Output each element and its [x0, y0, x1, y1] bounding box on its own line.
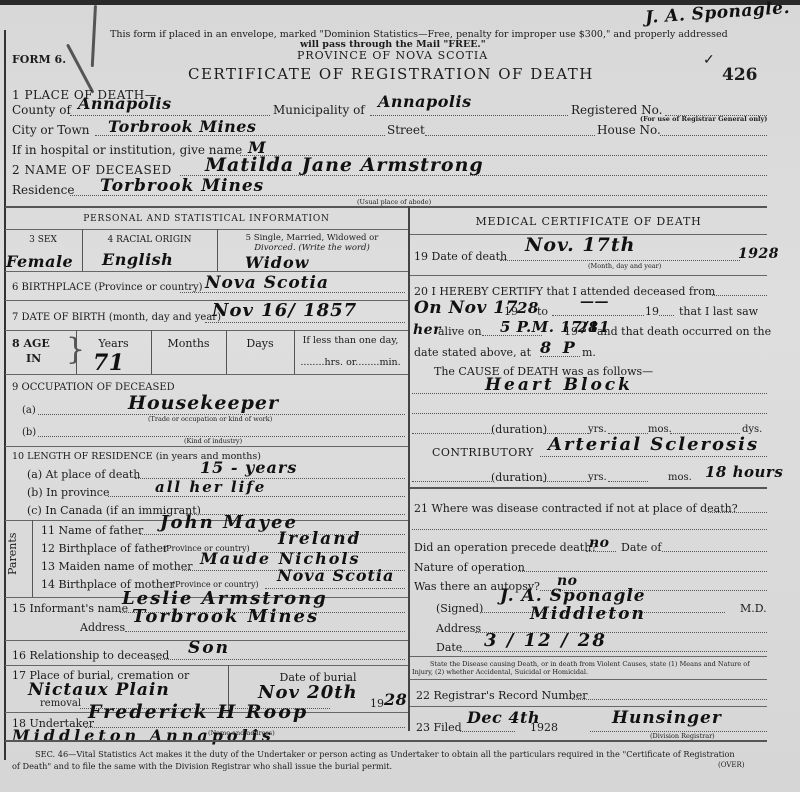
- house-no-field[interactable]: [660, 135, 767, 136]
- date-of-death-year[interactable]: 1928: [738, 246, 779, 262]
- cause-line2-field[interactable]: [412, 413, 767, 414]
- father-name-label: 11 Name of father: [41, 524, 143, 537]
- alive-on-year[interactable]: 28: [578, 320, 598, 336]
- attended-from-field[interactable]: On Nov 17: [414, 298, 518, 318]
- m-label: m.: [582, 346, 596, 359]
- alive-on-year-prefix: 19: [564, 325, 578, 338]
- date-stated-label: date stated above, at: [414, 346, 531, 359]
- signed-label: (Signed): [436, 602, 483, 615]
- pen-mark: [66, 44, 94, 94]
- contracted-label: 21 Where was disease contracted if not a…: [414, 502, 738, 515]
- relationship-label: 16 Relationship to deceased: [12, 649, 169, 662]
- physician-address-label: Address: [436, 622, 481, 635]
- attended-to-year-prefix: 19: [645, 305, 659, 318]
- footer-over: (OVER): [718, 761, 745, 769]
- instructions-line1: State the Disease causing Death, or in d…: [430, 660, 750, 668]
- undertaker-field[interactable]: Frederick H Roop: [88, 701, 308, 723]
- pen-mark: [91, 5, 97, 67]
- city-field[interactable]: Torbrook Mines: [108, 117, 256, 136]
- sex-field[interactable]: Female: [6, 252, 73, 271]
- time-of-death-field[interactable]: 8 P: [540, 338, 578, 357]
- burial-year-field[interactable]: 28: [384, 690, 407, 709]
- form-left-border: [4, 30, 6, 760]
- personal-section-title: PERSONAL AND STATISTICAL INFORMATION: [5, 214, 408, 224]
- occupation-a-label: (a): [22, 405, 36, 416]
- record-number-label: 22 Registrar's Record Number: [416, 689, 587, 702]
- name-of-deceased-label: 2 NAME OF DECEASED: [12, 163, 172, 177]
- parents-side-label: Parents: [6, 533, 19, 575]
- burial-place-field[interactable]: Nictaux Plain: [28, 680, 170, 700]
- attended-from-year-prefix: 19: [504, 305, 518, 318]
- house-no-label: House No.: [597, 123, 661, 137]
- marital-label-2: Divorced. (Write the word): [217, 243, 407, 253]
- age-days-label: Days: [226, 337, 294, 350]
- certify-label: 20 I HEREBY CERTIFY that I attended dece…: [414, 285, 715, 298]
- birthplace-label: 6 BIRTHPLACE (Province or country): [12, 282, 203, 293]
- attended-to-field[interactable]: ——: [580, 294, 609, 310]
- nature-label: Nature of operation: [414, 561, 525, 574]
- occupation-a-field[interactable]: Housekeeper: [128, 392, 279, 414]
- county-field[interactable]: Annapolis: [78, 94, 172, 113]
- res-province-label: (b) In province: [27, 486, 109, 499]
- duration2-label: (duration): [491, 471, 547, 484]
- certificate-date-field[interactable]: 3 / 12 / 28: [484, 630, 607, 651]
- marital-label-1: 5 Single, Married, Widowed or: [217, 233, 407, 243]
- filed-year[interactable]: 1928: [530, 721, 558, 734]
- deceased-name-field[interactable]: Matilda Jane Armstrong: [205, 154, 484, 176]
- county-label: County of: [12, 103, 71, 117]
- operation-label: Did an operation precede death?: [414, 541, 597, 554]
- cause-of-death-field[interactable]: Heart Block: [485, 375, 633, 395]
- contributory-field[interactable]: Arterial Sclerosis: [548, 434, 759, 455]
- municipality-label: Municipality of: [273, 103, 365, 117]
- operation-date-field[interactable]: [662, 551, 767, 552]
- instructions-line2: Injury, (2) whether Accidental, Suicidal…: [412, 668, 588, 676]
- date-of-death-note: (Month, day and year): [588, 262, 661, 270]
- dob-field[interactable]: Nov 16/ 1857: [212, 300, 357, 321]
- age-years-field[interactable]: 71: [93, 350, 125, 376]
- record-number-field[interactable]: [572, 699, 767, 700]
- res-place-label: (a) At place of death: [27, 468, 140, 481]
- physician-address-field[interactable]: Middleton: [530, 604, 646, 624]
- res-place-field[interactable]: 15 - years: [200, 458, 297, 477]
- undertaker-address-field[interactable]: Middleton Annapolis: [12, 726, 275, 745]
- certificate-number: 426: [722, 65, 758, 85]
- res-province-field[interactable]: all her life: [155, 478, 266, 496]
- informant-address-field[interactable]: Torbrook Mines: [132, 606, 319, 627]
- check-mark-icon: ✓: [703, 52, 715, 68]
- racial-origin-label: 4 RACIAL ORIGIN: [82, 235, 217, 245]
- contributory-label: CONTRIBUTORY: [432, 446, 534, 459]
- age-less-label: If less than one day,: [294, 335, 407, 346]
- dob-label: 7 DATE OF BIRTH (month, day and year): [12, 312, 221, 323]
- age-months-label: Months: [151, 337, 226, 350]
- racial-origin-field[interactable]: English: [102, 250, 173, 269]
- burial-date-field[interactable]: Nov 20th: [258, 682, 358, 703]
- age-hrs-min-field[interactable]: ........hrs. or........min.: [294, 357, 407, 368]
- nature-field[interactable]: [518, 571, 767, 572]
- relationship-field[interactable]: Son: [188, 638, 230, 658]
- sex-label: 3 SEX: [5, 235, 81, 245]
- operation-date-label: Date of: [621, 541, 662, 554]
- date-of-death-field[interactable]: Nov. 17th: [525, 234, 635, 256]
- duration2-field[interactable]: 18 hours: [705, 463, 783, 481]
- contracted-field[interactable]: [412, 529, 767, 530]
- certificate-date-label: Date: [436, 641, 462, 654]
- father-birthplace-label: 12 Birthplace of father: [41, 542, 168, 555]
- footer-line1: SEC. 46—Vital Statistics Act makes it th…: [35, 749, 735, 759]
- death-certificate-document: This form if placed in an envelope, mark…: [0, 0, 800, 792]
- page-title: CERTIFICATE OF REGISTRATION OF DEATH: [188, 65, 594, 83]
- age-label-1: 8 AGE: [12, 337, 50, 350]
- attended-from-year[interactable]: 28: [517, 299, 539, 317]
- filed-label: 23 Filed: [416, 721, 462, 734]
- municipality-field[interactable]: Annapolis: [378, 92, 472, 111]
- scan-top-edge: [0, 0, 800, 5]
- registered-no-note: (For use of Registrar General only): [640, 115, 767, 123]
- street-field[interactable]: [425, 135, 595, 136]
- city-label: City or Town: [12, 123, 90, 137]
- date-of-death-label: 19 Date of death: [414, 250, 507, 263]
- medical-section-title: MEDICAL CERTIFICATE OF DEATH: [410, 215, 767, 228]
- birthplace-field[interactable]: Nova Scotia: [205, 273, 329, 293]
- division-registrar-note: (Division Registrar): [650, 732, 715, 740]
- form-number: FORM 6.: [12, 53, 66, 66]
- duration1-label: (duration): [491, 423, 547, 436]
- residence-label: Residence: [12, 183, 74, 197]
- age-label-2: IN: [26, 352, 41, 365]
- informant-address-label: Address: [80, 621, 125, 634]
- mother-birthplace-field[interactable]: Nova Scotia: [277, 566, 394, 585]
- duration2-mos-label: mos.: [668, 472, 692, 483]
- marital-status-field[interactable]: Widow: [245, 253, 309, 272]
- informant-name-label: 15 Informant's name: [12, 602, 128, 615]
- duration2-yrs-label: yrs.: [588, 472, 607, 483]
- province-heading: PROVINCE OF NOVA SCOTIA: [297, 49, 488, 62]
- division-registrar-field[interactable]: Hunsinger: [612, 708, 722, 728]
- signed-field[interactable]: J. A. Sponagle: [500, 586, 646, 606]
- column-divider: [408, 206, 410, 731]
- last-saw-label: that I last saw: [679, 305, 758, 318]
- operation-field[interactable]: no: [589, 535, 610, 551]
- mother-maiden-label: 13 Maiden name of mother: [41, 560, 193, 573]
- occupation-a-note: (Trade or occupation or kind of work): [148, 415, 272, 423]
- footer-line2: of Death" and to file the same with the …: [12, 761, 392, 771]
- pronoun-field[interactable]: her: [413, 322, 441, 338]
- occupation-b-label: (b): [22, 427, 36, 438]
- residence-note: (Usual place of abode): [357, 198, 431, 206]
- death-occurred-label: and that death occurred on the: [597, 325, 771, 338]
- md-label: M.D.: [740, 602, 767, 615]
- father-birthplace-field[interactable]: Ireland: [278, 529, 361, 549]
- burial-year-prefix: 19: [370, 697, 384, 710]
- alive-on-label: alive on: [438, 325, 482, 338]
- age-years-label: Years: [76, 337, 151, 350]
- residence-field[interactable]: Torbrook Mines: [100, 176, 264, 196]
- street-label: Street: [387, 123, 425, 137]
- occupation-b-note: (Kind of industry): [184, 437, 242, 445]
- to-label: to: [537, 305, 548, 318]
